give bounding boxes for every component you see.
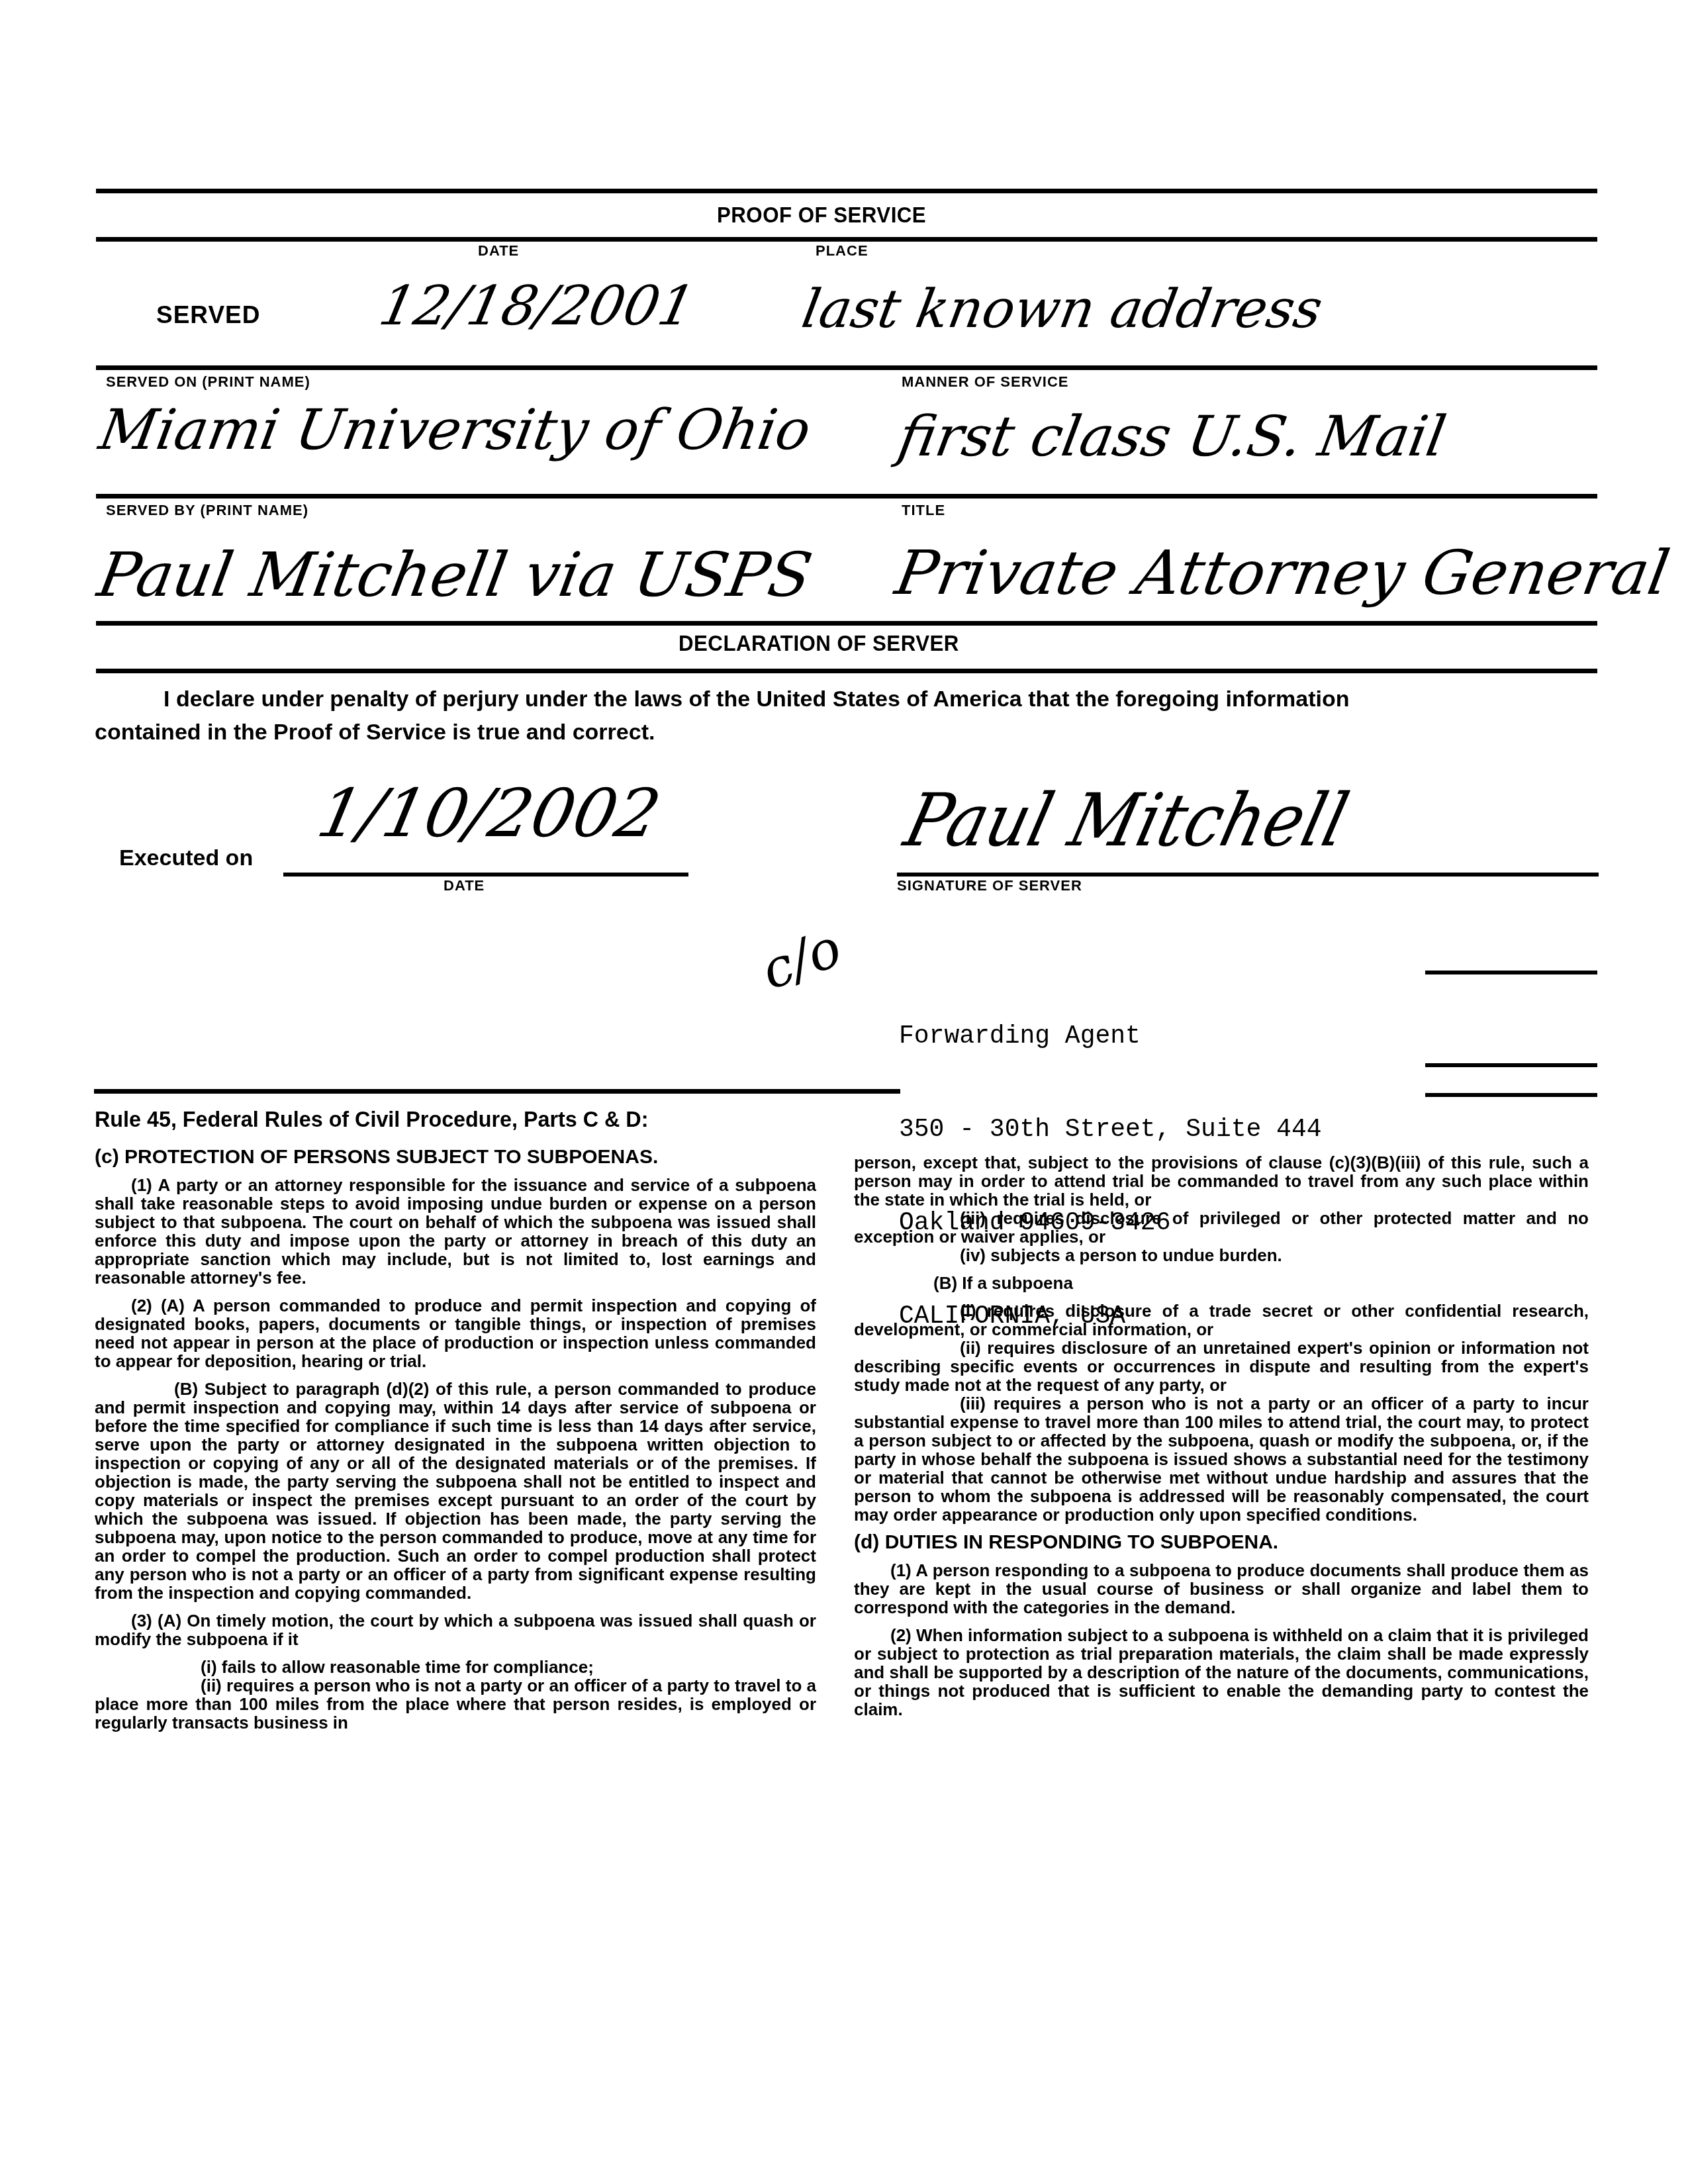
address-rule-right-bottom [1425,1093,1597,1097]
served-label: SERVED [156,301,261,329]
address-rule-right-top [1425,971,1597,974]
manner-of-service-value[interactable]: first class U.S. Mail [894,404,1450,469]
served-row-rule [96,365,1597,370]
served-by-label: SERVED BY (PRINT NAME) [106,502,308,519]
title-rule [96,237,1597,242]
address-line-2: 350 - 30th Street, Suite 444 [899,1114,1322,1145]
address-rule-right-mid [1425,1063,1597,1067]
title-value[interactable]: Private Attorney General [890,538,1675,608]
paragraph: (1) A person responding to a subpoena to… [854,1561,1589,1617]
date-label: DATE [478,242,519,260]
signature-caption: SIGNATURE OF SERVER [897,877,1082,894]
paragraph: (iii) requires a person who is not a par… [854,1394,1589,1524]
executed-date-rule [283,873,688,877]
paragraph: (1) A party or an attorney responsible f… [95,1176,816,1287]
paragraph: (ii) requires disclosure of an unretaine… [854,1339,1589,1394]
paragraph: (iv) subjects a person to undue burden. [854,1246,1589,1264]
served-by-rule [96,621,1597,626]
top-rule [96,189,1597,193]
signature-rule [897,873,1599,877]
executed-on-label: Executed on [119,841,253,875]
server-signature[interactable]: Paul Mitchell [897,778,1356,863]
address-line-1: Forwarding Agent [899,1021,1322,1052]
declaration-line-1: I declare under penalty of perjury under… [164,682,1350,716]
proof-of-service-title: PROOF OF SERVICE [717,203,926,228]
paragraph: (B) If a subpoena [854,1274,1589,1292]
served-on-value[interactable]: Miami University of Ohio [95,397,816,462]
declaration-rule [96,669,1597,673]
place-label: PLACE [816,242,868,260]
served-on-label: SERVED ON (PRINT NAME) [106,373,310,391]
title-label: TITLE [902,502,945,519]
date-caption: DATE [444,877,485,894]
paragraph: person, except that, subject to the prov… [854,1153,1589,1209]
paragraph: (3) (A) On timely motion, the court by w… [95,1611,816,1648]
care-of-mark: c/o [753,917,849,1002]
paragraph: (2) When information subject to a subpoe… [854,1626,1589,1719]
manner-of-service-label: MANNER OF SERVICE [902,373,1069,391]
paragraph: (i) requires disclosure of a trade secre… [854,1302,1589,1339]
served-place[interactable]: last known address [798,278,1327,340]
section-c-heading: (c) PROTECTION OF PERSONS SUBJECT TO SUB… [95,1148,816,1166]
served-by-value[interactable]: Paul Mitchell via USPS [93,540,817,610]
paragraph: (B) Subject to paragraph (d)(2) of this … [95,1380,816,1602]
rule45-right-column: person, except that, subject to the prov… [854,1153,1589,1728]
rule45-top-rule [94,1089,900,1094]
rule45-left-column: (c) PROTECTION OF PERSONS SUBJECT TO SUB… [95,1145,816,1741]
section-d-heading: (d) DUTIES IN RESPONDING TO SUBPOENA. [854,1533,1589,1552]
rule45-heading: Rule 45, Federal Rules of Civil Procedur… [95,1107,648,1133]
served-date[interactable]: 12/18/2001 [374,275,700,338]
paragraph: (iii) requires disclosure of privileged … [854,1209,1589,1246]
paragraph: (ii) requires a person who is not a part… [95,1676,816,1732]
declaration-title: DECLARATION OF SERVER [679,631,959,657]
executed-date[interactable]: 1/10/2002 [311,775,667,852]
declaration-line-2: contained in the Proof of Service is tru… [95,715,655,749]
paragraph: (i) fails to allow reasonable time for c… [95,1658,816,1676]
served-on-rule [96,494,1597,499]
paragraph: (2) (A) A person commanded to produce an… [95,1296,816,1370]
